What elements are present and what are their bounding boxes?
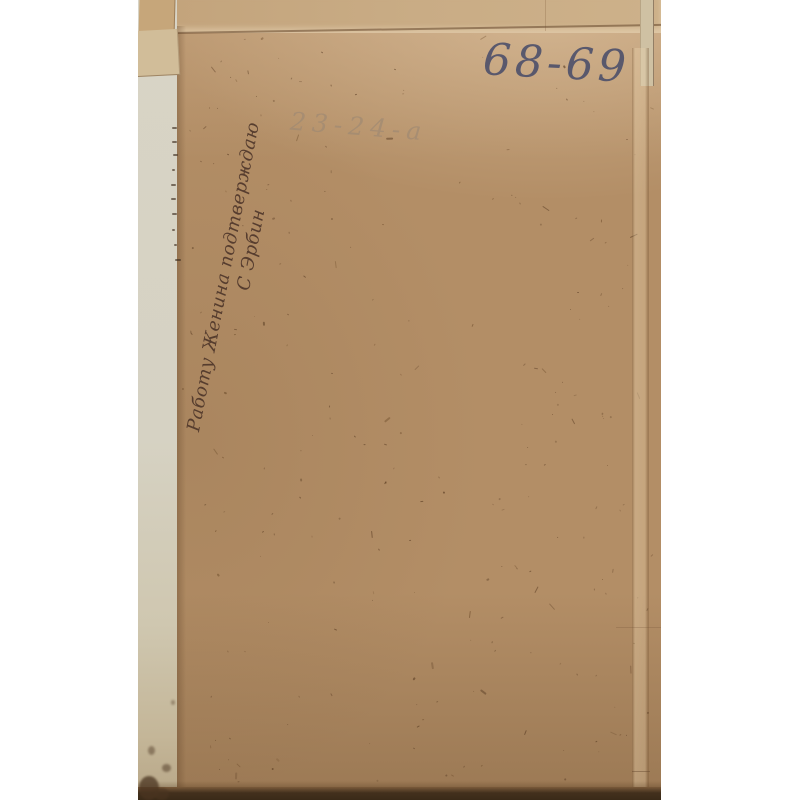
paper-fiber-speck (299, 497, 301, 499)
paper-fiber-speck (325, 146, 327, 148)
paper-fiber-speck (507, 149, 510, 150)
paper-fiber-speck (501, 616, 504, 618)
paper-fiber-speck (626, 139, 628, 140)
paper-fiber-speck (288, 232, 290, 234)
paper-fiber-speck (551, 414, 553, 415)
paper-fiber-speck (203, 126, 207, 129)
paper-fiber-speck (200, 161, 202, 163)
paper-fiber-speck (431, 662, 434, 669)
paper-fiber-speck (213, 162, 215, 164)
paper-fiber-speck (584, 536, 585, 538)
paper-fiber-speck (372, 600, 374, 601)
paper-fiber-speck (321, 51, 323, 53)
mat-stain (148, 746, 155, 755)
paper-fiber-speck (350, 247, 351, 248)
paper-fiber-speck (355, 94, 357, 96)
paper-fiber-speck (330, 417, 331, 419)
paper-fiber-speck (223, 510, 226, 512)
paper-fiber-speck (328, 405, 330, 408)
paper-fiber-speck (191, 332, 194, 335)
mat-edge-mark (172, 169, 175, 171)
paper-fiber-speck (213, 449, 218, 455)
paper-fiber-speck (324, 191, 326, 192)
paper-fiber-speck (435, 700, 438, 702)
paper-fiber-speck (235, 79, 237, 82)
paper-fiber-speck (459, 181, 461, 183)
paper-fiber-speck (189, 129, 191, 131)
paper-fiber-speck (619, 734, 622, 737)
paper-fiber-speck (602, 412, 604, 414)
paper-fiber-speck (330, 170, 331, 173)
paper-fiber-speck (260, 556, 262, 558)
paper-fiber-speck (515, 197, 516, 199)
mat-edge-mark (175, 259, 181, 261)
paper-fiber-speck (372, 299, 374, 301)
paper-fiber-speck (614, 707, 616, 708)
paper-fiber-speck (470, 640, 472, 641)
paper-fiber-speck (263, 467, 265, 470)
paper-fiber-speck (303, 275, 306, 278)
paper-fiber-speck (445, 775, 448, 777)
paper-fiber-speck (331, 218, 333, 220)
paper-fiber-speck (228, 738, 230, 740)
paper-fiber-speck (215, 739, 217, 741)
paper-fiber-speck (300, 450, 301, 451)
paper-fiber-speck (577, 291, 579, 293)
paper-fiber-speck (384, 481, 386, 484)
paper-fiber-speck (408, 320, 410, 322)
paper-fiber-speck (610, 732, 617, 736)
paper-fiber-speck (527, 447, 529, 449)
paper-fiber-speck (220, 60, 222, 62)
paper-fiber-speck (521, 424, 523, 426)
paper-fiber-speck (463, 766, 465, 768)
paper-fiber-speck (209, 107, 210, 109)
paper-fiber-speck (222, 457, 224, 459)
paper-fiber-speck (559, 662, 562, 665)
paper-fiber-speck (385, 481, 387, 484)
paper-fiber-speck (372, 592, 374, 595)
paper-fiber-speck (400, 374, 402, 376)
paper-fiber-speck (519, 203, 521, 205)
right-tape-strip (632, 48, 649, 800)
mat-stain (171, 700, 175, 705)
paper-fiber-speck (402, 93, 404, 95)
paper-fiber-speck (501, 566, 502, 567)
paper-fiber-speck (331, 84, 333, 86)
paper-fiber-speck (417, 725, 420, 727)
paper-fiber-speck (606, 465, 607, 466)
paper-fiber-speck (602, 579, 603, 580)
paper-fiber-speck (374, 343, 376, 345)
mat-edge-mark (172, 213, 178, 215)
paper-fiber-speck (583, 101, 584, 102)
paper-fiber-speck (273, 534, 275, 537)
paper-fiber-speck (299, 81, 302, 82)
paper-fiber-speck (605, 242, 607, 244)
paper-fiber-speck (215, 529, 217, 531)
paper-fiber-speck (279, 263, 282, 265)
paper-fiber-speck (276, 758, 280, 762)
paper-fiber-speck (438, 476, 440, 478)
paper-fiber-speck (225, 190, 227, 192)
paper-fiber-speck (605, 592, 607, 594)
paper-fiber-speck (527, 496, 529, 498)
paper-fiber-speck (192, 246, 194, 248)
paper-fiber-speck (369, 743, 370, 744)
paper-fiber-speck (311, 435, 312, 436)
paper-fiber-speck (619, 509, 621, 512)
paper-fiber-speck (333, 581, 334, 583)
paper-fiber-speck (511, 195, 513, 197)
paper-fiber-speck (210, 696, 212, 698)
paper-fiber-speck (598, 751, 599, 752)
paper-fiber-speck (561, 382, 563, 384)
mat-edge-shadow (177, 26, 186, 788)
mat-stain (162, 764, 171, 772)
paper-fiber-speck (228, 759, 229, 760)
paper-fiber-speck (492, 198, 494, 200)
paper-fiber-speck (422, 719, 424, 720)
paper-fiber-speck (311, 535, 312, 537)
mat-edge-mark (173, 154, 178, 156)
paper-fiber-speck (414, 365, 419, 370)
paper-fiber-speck (595, 675, 597, 677)
mat-edge-mark (171, 184, 176, 186)
paper-fiber-speck (413, 677, 416, 680)
paper-fiber-speck (603, 418, 605, 420)
archival-photo: 68-69 23-24-a Работу Женина подтверждаю … (138, 0, 661, 800)
paper-fiber-speck (272, 768, 274, 770)
paper-fiber-speck (595, 506, 597, 509)
paper-fiber-speck (393, 467, 395, 469)
paper-fiber-speck (566, 98, 568, 100)
paper-fiber-speck (595, 740, 598, 742)
paper-fiber-speck (621, 288, 623, 290)
mat-edge-mark (172, 229, 175, 231)
paper-fiber-speck (230, 76, 232, 78)
paper-fiber-speck (420, 501, 423, 502)
paper-fiber-speck (600, 219, 601, 222)
paper-fiber-speck (579, 319, 580, 320)
paper-fiber-speck (627, 265, 629, 267)
paper-fiber-speck (263, 321, 265, 325)
paper-fiber-speck (384, 417, 390, 423)
paper-fiber-speck (472, 324, 474, 327)
paper-fiber-speck (219, 769, 221, 771)
paper-fiber-speck (273, 100, 275, 103)
paper-fiber-speck (286, 344, 288, 346)
paper-fiber-speck (236, 772, 238, 779)
paper-fiber-speck (364, 444, 366, 445)
paper-fiber-speck (298, 695, 300, 697)
paper-fiber-speck (524, 731, 527, 736)
paper-fiber-speck (502, 508, 505, 510)
paper-fiber-speck (236, 763, 241, 767)
paper-fiber-speck (529, 570, 532, 572)
paper-fiber-speck (543, 206, 550, 211)
paper-fiber-speck (261, 114, 262, 116)
paper-fiber-speck (494, 649, 496, 651)
paper-fiber-speck (331, 372, 334, 373)
paper-fiber-speck (330, 693, 332, 696)
left-mat-strip (138, 0, 177, 800)
paper-fiber-speck (514, 565, 517, 568)
paper-fiber-speck (416, 704, 418, 705)
page-background: 68-69 23-24-a Работу Женина подтверждаю … (0, 0, 800, 800)
paper-fiber-speck (451, 775, 454, 777)
paper-fiber-speck (590, 237, 595, 241)
paper-fiber-speck (256, 95, 257, 96)
paper-fiber-speck (217, 574, 220, 577)
paper-fiber-speck (480, 765, 482, 767)
paper-fiber-speck (394, 68, 397, 70)
paper-fiber-speck (227, 154, 229, 156)
paper-fiber-speck (278, 58, 280, 60)
paper-fiber-speck (339, 518, 341, 520)
paper-fiber-speck (403, 90, 404, 91)
fold-crease-line (616, 627, 661, 628)
paper-fiber-speck (593, 110, 595, 112)
paper-fiber-speck (468, 610, 470, 617)
paper-fiber-speck (409, 540, 411, 541)
paper-fiber-speck (200, 311, 202, 313)
paper-fiber-speck (210, 745, 212, 748)
paper-fiber-speck (608, 306, 610, 308)
paper-fiber-speck (563, 750, 565, 752)
paper-fiber-speck (354, 435, 356, 437)
paper-fiber-speck (261, 37, 264, 40)
paper-fiber-speck (203, 504, 206, 506)
paper-fiber-speck (571, 419, 575, 425)
paper-fiber-speck (492, 504, 494, 506)
paper-fiber-speck (414, 592, 415, 593)
paper-fiber-speck (254, 316, 256, 318)
paper-fiber-speck (371, 531, 373, 539)
paper-fiber-speck (535, 586, 539, 593)
mat-edge-mark (171, 198, 176, 200)
paper-fiber-speck (268, 622, 269, 623)
paper-fiber-speck (211, 67, 216, 73)
paper-fiber-speck (335, 261, 337, 268)
paper-fiber-speck (600, 293, 602, 296)
paper-fiber-speck (301, 479, 303, 482)
paper-fiber-speck (602, 415, 604, 416)
paper-fiber-speck (442, 492, 444, 495)
paper-fiber-speck (555, 440, 557, 443)
paper-fiber-speck (271, 513, 273, 515)
paper-fiber-speck (290, 77, 292, 80)
paper-fiber-speck (523, 363, 526, 366)
ink-page-number: 68-69 (482, 36, 631, 92)
paper-fiber-speck (650, 107, 654, 110)
bottom-shadow-band (138, 787, 661, 800)
paper-fiber-speck (554, 392, 555, 393)
paper-fiber-speck (217, 107, 219, 109)
paper-fiber-speck (612, 569, 614, 573)
paper-fiber-speck (593, 589, 595, 591)
tape-piece-top-inner (138, 29, 180, 77)
paper-fiber-speck (557, 537, 558, 538)
paper-fiber-speck (601, 413, 604, 416)
paper-fiber-speck (272, 217, 276, 220)
paper-fiber-speck (540, 223, 542, 225)
paper-fiber-speck (541, 368, 546, 373)
paper-fiber-speck (525, 464, 527, 465)
paper-fiber-speck (244, 39, 246, 40)
paper-fiber-speck (650, 554, 653, 557)
paper-fiber-speck (381, 224, 383, 225)
paper-fiber-speck (334, 628, 337, 630)
paper-fiber-speck (570, 309, 572, 310)
right-tape-end-line (632, 771, 650, 772)
paper-fiber-speck (533, 368, 537, 370)
paper-fiber-speck (413, 747, 416, 749)
paper-fiber-speck (544, 463, 546, 465)
paper-fiber-speck (262, 530, 264, 532)
mat-stain (154, 788, 169, 800)
paper-fiber-speck (290, 200, 292, 202)
paper-fiber-speck (384, 443, 387, 445)
paper-fiber-speck (473, 691, 474, 692)
paper-fiber-speck (286, 724, 288, 726)
paper-fiber-speck (557, 403, 560, 406)
paper-fiber-speck (623, 504, 625, 506)
paper-fiber-speck (575, 217, 577, 219)
paper-fiber-speck (190, 331, 191, 333)
paper-fiber-speck (378, 549, 380, 551)
paper-fiber-speck (244, 651, 246, 653)
paper-fiber-speck (227, 650, 229, 652)
paper-fiber-speck (499, 498, 501, 500)
paper-fiber-speck (574, 394, 577, 396)
paper-fiber-speck (576, 673, 578, 675)
paper-fiber-speck (626, 734, 627, 736)
paper-fiber-speck (517, 568, 519, 570)
paper-fiber-speck (530, 652, 532, 654)
paper-fiber-speck (549, 604, 555, 610)
paper-fiber-speck (287, 313, 289, 315)
paper-fiber-speck (247, 70, 249, 74)
paper-fiber-speck (492, 641, 493, 643)
paper-fiber-speck (610, 416, 612, 418)
mat-edge-mark (172, 127, 178, 129)
paper-fiber-speck (399, 432, 401, 434)
paper-fiber-speck (486, 579, 490, 582)
paper-fiber-speck (481, 689, 487, 694)
